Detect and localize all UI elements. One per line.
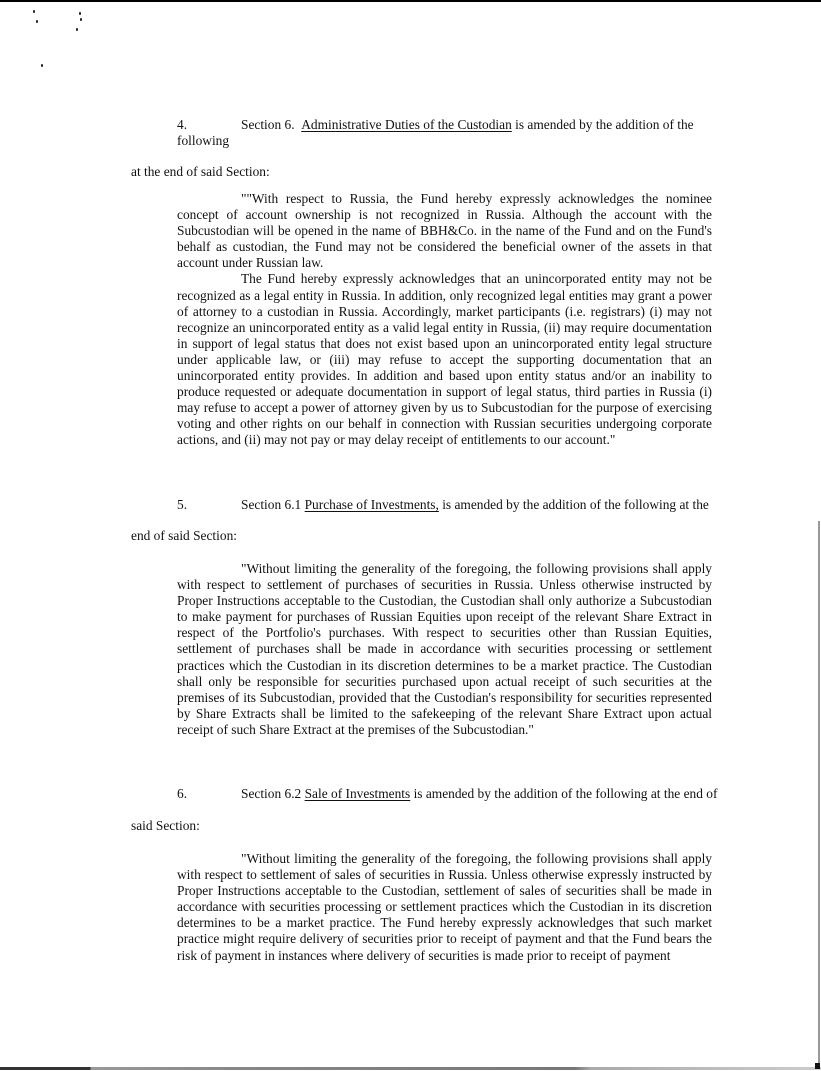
section-title: Purchase of Investments, [305, 497, 439, 512]
section-title: Administrative Duties of the Custodian [301, 117, 512, 132]
section-suffix: is amended by the addition of the follow… [439, 497, 709, 512]
scan-right-border [818, 521, 820, 1069]
section-6-heading: 6.Section 6.2 Sale of Investments is ame… [177, 786, 717, 802]
paragraph: "Without limiting the generality of the … [177, 561, 712, 738]
section-5-body: "Without limiting the generality of the … [177, 561, 712, 738]
section-number: 6. [177, 786, 241, 802]
scan-top-border [0, 0, 821, 2]
section-number: 5. [177, 497, 241, 513]
section-4-body: ""With respect to Russia, the Fund hereb… [177, 191, 712, 449]
section-ref: Section 6.2 [241, 786, 305, 801]
section-5-heading: 5.Section 6.1 Purchase of Investments, i… [177, 497, 709, 513]
section-6-body: "Without limiting the generality of the … [177, 851, 712, 964]
section-6-continuation: said Section: [131, 818, 200, 834]
section-5-continuation: end of said Section: [131, 528, 237, 544]
paragraph: "Without limiting the generality of the … [177, 851, 712, 964]
section-title: Sale of Investments [305, 786, 411, 801]
scan-bottom-border [0, 1067, 821, 1070]
scan-speck [41, 64, 43, 67]
section-ref: Section 6.1 [241, 497, 305, 512]
section-4-heading: 4.Section 6. Administrative Duties of th… [177, 117, 694, 133]
scan-speck [80, 18, 82, 21]
scan-speck [33, 10, 35, 13]
scan-speck [36, 20, 38, 23]
section-number: 4. [177, 117, 241, 133]
section-4-heading-line2: following [177, 133, 229, 149]
section-suffix: is amended by the addition of the follow… [410, 786, 717, 801]
section-suffix: is amended by the addition of the [512, 117, 694, 132]
scan-speck [76, 28, 78, 31]
scan-corner-mark [815, 1063, 820, 1069]
section-ref: Section 6. [241, 117, 295, 132]
paragraph: The Fund hereby expressly acknowledges t… [177, 271, 712, 448]
paragraph: ""With respect to Russia, the Fund hereb… [177, 191, 712, 271]
section-4-continuation: at the end of said Section: [131, 164, 270, 180]
scan-speck [79, 12, 81, 15]
